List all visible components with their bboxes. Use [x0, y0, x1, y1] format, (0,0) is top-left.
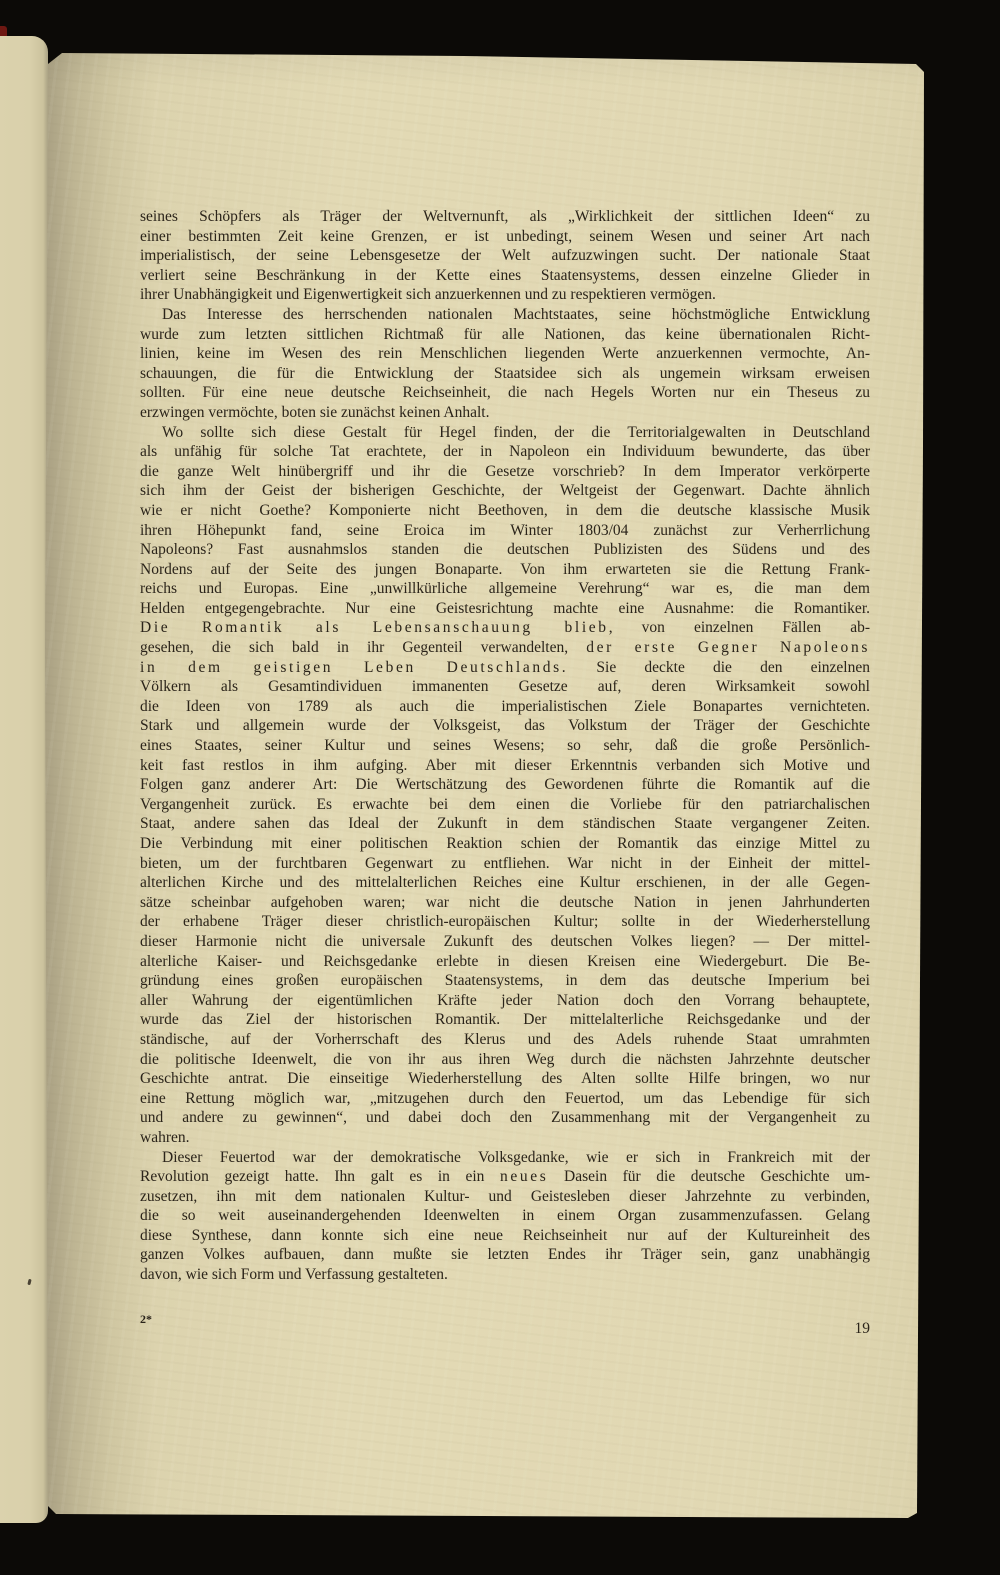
text-line: davon, wie sich Form und Verfassung gest… [140, 1265, 870, 1285]
text-line: gesehen, die sich bald in ihr Gegenteil … [140, 638, 870, 658]
text-segment: zusetzen, ihn mit dem nationalen Kultur-… [140, 1188, 870, 1205]
text-line: einer bestimmten Zeit keine Grenzen, er … [140, 227, 870, 247]
text-segment: Vergangenheit zurück. Es erwachte bei de… [140, 796, 870, 813]
text-line: erzwingen vermöchte, boten sie zunächst … [140, 403, 870, 423]
text-segment: gründung eines großen europäischen Staat… [140, 972, 870, 989]
text-line: keit fast restlos in ihm aufging. Aber m… [140, 756, 870, 776]
text-line: sätze scheinbar aufgehoben waren; war ni… [140, 893, 870, 913]
text-line: ständische, auf der Vorherrschaft des Kl… [140, 1030, 870, 1050]
text-segment: ihren Höhepunkt fand, seine Eroica im Wi… [140, 522, 870, 539]
text-line: sollten. Für eine neue deutsche Reichsei… [140, 383, 870, 403]
text-segment: alterlichen Kirche und des mittelalterli… [140, 874, 870, 891]
text-line: schauungen, die für die Entwicklung der … [140, 364, 870, 384]
text-segment: bieten, um der furchtbaren Gegenwart zu … [140, 855, 870, 872]
text-line: wahren. [140, 1128, 870, 1148]
text-segment: verliert seine Beschränkung in der Kette… [140, 267, 870, 284]
text-segment: Wo sollte sich diese Gestalt für Hegel f… [162, 424, 870, 441]
text-segment: alterliche Kaiser- und Reichsgedanke erl… [140, 953, 870, 970]
text-line: die Ideen von 1789 als auch die imperial… [140, 697, 870, 717]
text-segment: Die Verbindung mit einer politischen Rea… [140, 835, 870, 852]
text-segment: neues [500, 1168, 548, 1185]
text-segment: und andere zu gewinnen“, und dabei doch … [140, 1109, 870, 1126]
text-line: Helden entgegengebrachte. Nur eine Geist… [140, 599, 870, 619]
text-segment: aller Wahrung der eigentümlichen Kräfte … [140, 992, 870, 1009]
text-segment: dieser Harmonie nicht die universale Zuk… [140, 933, 870, 950]
text-line: und andere zu gewinnen“, und dabei doch … [140, 1108, 870, 1128]
paper-speck [27, 1279, 31, 1286]
text-segment: erzwingen vermöchte, boten sie zunächst … [140, 404, 490, 421]
text-line: dieser Harmonie nicht die universale Zuk… [140, 932, 870, 952]
text-segment: die Ideen von 1789 als auch die imperial… [140, 698, 870, 715]
text-line: der erhabene Träger dieser christlich-eu… [140, 912, 870, 932]
text-segment: davon, wie sich Form und Verfassung gest… [140, 1266, 448, 1283]
text-line: diese Synthese, dann konnte sich eine ne… [140, 1226, 870, 1246]
book-page: seines Schöpfers als Träger der Weltvern… [44, 46, 928, 1520]
text-segment: Revolution gezeigt hatte. Ihn galt es in… [140, 1168, 500, 1185]
text-line: Geschichte antrat. Die einseitige Wieder… [140, 1069, 870, 1089]
text-line: wurde zum letzten sittlichen Richtmaß fü… [140, 325, 870, 345]
text-segment: sollten. Für eine neue deutsche Reichsei… [140, 384, 870, 401]
text-line: Die Romantik als Lebensanschauung blieb,… [140, 618, 870, 638]
text-segment: der erste Gegner Napoleons [586, 639, 870, 656]
text-segment: die ganze Welt hinübergriff und ihr die … [140, 463, 870, 480]
text-line: wie er nicht Goethe? Komponierte nicht B… [140, 501, 870, 521]
text-segment: der erhabene Träger dieser christlich-eu… [140, 913, 870, 930]
text-segment: Dieser Feuertod war der demokratische Vo… [162, 1149, 870, 1166]
text-line: Dieser Feuertod war der demokratische Vo… [140, 1148, 870, 1168]
text-line: die ganze Welt hinübergriff und ihr die … [140, 462, 870, 482]
text-line: imperialistisch, der seine Lebensgesetze… [140, 246, 870, 266]
text-line: linien, keine im Wesen des rein Menschli… [140, 344, 870, 364]
text-segment: Sie deckte die den einzelnen [568, 659, 870, 676]
text-segment: Völkern als Gesamtindividuen immanenten … [140, 678, 870, 695]
text-line: Napoleons? Fast ausnahmslos standen die … [140, 540, 870, 560]
text-line: sich ihm der Geist der bisherigen Geschi… [140, 481, 870, 501]
text-segment: diese Synthese, dann konnte sich eine ne… [140, 1227, 870, 1244]
text-segment: Das Interesse des herrschenden nationale… [162, 306, 870, 323]
text-line: Völkern als Gesamtindividuen immanenten … [140, 677, 870, 697]
text-segment: wahren. [140, 1129, 190, 1146]
text-line: Folgen ganz anderer Art: Die Wertschätzu… [140, 775, 870, 795]
text-segment: linien, keine im Wesen des rein Menschli… [140, 345, 870, 362]
text-line: Revolution gezeigt hatte. Ihn galt es in… [140, 1167, 870, 1187]
text-line: zusetzen, ihn mit dem nationalen Kultur-… [140, 1187, 870, 1207]
text-line: Die Verbindung mit einer politischen Rea… [140, 834, 870, 854]
text-segment: ständische, auf der Vorherrschaft des Kl… [140, 1031, 870, 1048]
text-segment: Geschichte antrat. Die einseitige Wieder… [140, 1070, 870, 1087]
text-line: ihren Höhepunkt fand, seine Eroica im Wi… [140, 521, 870, 541]
text-segment: ganzen Volkes aufbauen, dann mußte sie l… [140, 1246, 870, 1263]
text-segment: als unfähig für solche Tat erachtete, de… [140, 443, 870, 460]
text-segment: Napoleons? Fast ausnahmslos standen die … [140, 541, 870, 558]
text-line: aller Wahrung der eigentümlichen Kräfte … [140, 991, 870, 1011]
text-segment: Folgen ganz anderer Art: Die Wertschätzu… [140, 776, 870, 793]
text-segment: , von einzelnen Fällen ab- [609, 619, 870, 636]
text-line: Staat, andere sahen das Ideal der Zukunf… [140, 814, 870, 834]
text-segment: reichs und Europas. Eine „unwillkürliche… [140, 580, 870, 597]
text-segment: einer bestimmten Zeit keine Grenzen, er … [140, 228, 870, 245]
text-line: die politische Ideenwelt, die von ihr au… [140, 1050, 870, 1070]
text-segment: eine Rettung möglich war, „mitzugehen du… [140, 1090, 870, 1107]
text-segment: imperialistisch, der seine Lebensgesetze… [140, 247, 870, 264]
text-line: bieten, um der furchtbaren Gegenwart zu … [140, 854, 870, 874]
scan-background: { "colors": { "background": "#0c0a07", "… [0, 0, 1000, 1575]
text-line: Wo sollte sich diese Gestalt für Hegel f… [140, 423, 870, 443]
text-segment: Staat, andere sahen das Ideal der Zukunf… [140, 815, 870, 832]
text-segment: Helden entgegengebrachte. Nur eine Geist… [140, 600, 870, 617]
text-line: eines Staates, seiner Kultur und seines … [140, 736, 870, 756]
text-segment: wurde zum letzten sittlichen Richtmaß fü… [140, 326, 870, 343]
text-column: seines Schöpfers als Träger der Weltvern… [140, 207, 870, 1285]
text-segment: seines Schöpfers als Träger der Weltvern… [140, 208, 870, 225]
text-segment: wie er nicht Goethe? Komponierte nicht B… [140, 502, 870, 519]
text-segment: wurde das Ziel der historischen Romantik… [140, 1011, 870, 1028]
text-segment: keit fast restlos in ihm aufging. Aber m… [140, 757, 870, 774]
text-segment: die politische Ideenwelt, die von ihr au… [140, 1051, 870, 1068]
text-segment: Stark und allgemein wurde der Volksgeist… [140, 717, 870, 734]
previous-page-edge [0, 36, 48, 1523]
text-line: alterlichen Kirche und des mittelalterli… [140, 873, 870, 893]
text-segment: Die Romantik als Lebensanschauung blieb [140, 619, 609, 636]
text-line: gründung eines großen europäischen Staat… [140, 971, 870, 991]
text-line: die so weit auseinandergehenden Ideenwel… [140, 1206, 870, 1226]
text-segment: Dasein für die deutsche Geschichte um- [548, 1168, 870, 1185]
text-line: Vergangenheit zurück. Es erwachte bei de… [140, 795, 870, 815]
text-line: verliert seine Beschränkung in der Kette… [140, 266, 870, 286]
text-segment: ihrer Unabhängigkeit und Eigenwertigkeit… [140, 286, 716, 303]
text-line: ihrer Unabhängigkeit und Eigenwertigkeit… [140, 285, 870, 305]
text-segment: sätze scheinbar aufgehoben waren; war ni… [140, 894, 870, 911]
text-line: in dem geistigen Leben Deutschlands. Sie… [140, 658, 870, 678]
text-line: reichs und Europas. Eine „unwillkürliche… [140, 579, 870, 599]
text-line: Nordens auf der Seite des jungen Bonapar… [140, 560, 870, 580]
text-segment: Nordens auf der Seite des jungen Bonapar… [140, 561, 870, 578]
text-line: Stark und allgemein wurde der Volksgeist… [140, 716, 870, 736]
text-line: alterliche Kaiser- und Reichsgedanke erl… [140, 952, 870, 972]
text-line: wurde das Ziel der historischen Romantik… [140, 1010, 870, 1030]
text-line: seines Schöpfers als Träger der Weltvern… [140, 207, 870, 227]
text-segment: in dem geistigen Leben Deutschlands. [140, 659, 568, 676]
text-segment: sich ihm der Geist der bisherigen Geschi… [140, 482, 870, 499]
text-segment: eines Staates, seiner Kultur und seines … [140, 737, 870, 754]
text-segment: schauungen, die für die Entwicklung der … [140, 365, 870, 382]
text-segment: die so weit auseinandergehenden Ideenwel… [140, 1207, 870, 1224]
text-line: ganzen Volkes aufbauen, dann mußte sie l… [140, 1245, 870, 1265]
text-line: eine Rettung möglich war, „mitzugehen du… [140, 1089, 870, 1109]
text-segment: gesehen, die sich bald in ihr Gegenteil … [140, 639, 586, 656]
text-line: Das Interesse des herrschenden nationale… [140, 305, 870, 325]
text-line: als unfähig für solche Tat erachtete, de… [140, 442, 870, 462]
page-number: 19 [140, 1320, 870, 1338]
